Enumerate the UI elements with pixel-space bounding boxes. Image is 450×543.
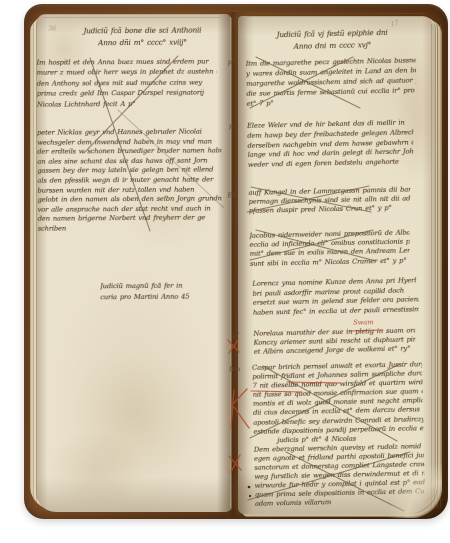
manuscript-photo: 36 Judiciũ fcã bone die sci AnthoniiAn… [0, 0, 450, 543]
right-entry-6: Norelaus marothir der sue in pletig in s… [253, 326, 416, 357]
right-entry-2: Eleze Weler vnd de hir bekant das di mel… [247, 118, 414, 170]
manuscript-text-line: prima credz geld Itm Caspar Durspel resi… [37, 88, 217, 100]
manuscript-text-line: Judiciũ fcã bone die sci Anthonii [78, 24, 206, 36]
left-entry-2: peter Nicklas geyr vnd Hannes gebruder N… [37, 127, 222, 234]
left-page-footnote: Judiciũ magnũ fcã fer incuria pro Mar… [100, 280, 208, 302]
margin-mark-7: Itm [229, 366, 240, 373]
margin-mark-3: Eb [227, 192, 236, 199]
left-page-text-area: 36 Judiciũ fcã bone die sci AnthoniiAn… [34, 13, 231, 512]
manuscript-text-line: den namen brigerne Norbert vnd freyherr … [38, 214, 222, 225]
manuscript-text-line: et Albirn anczeigend Jorge de wolkemi et… [254, 345, 416, 358]
right-entry-1: Itm die margarethe pecz geslechtn Nicola… [246, 55, 417, 109]
margin-mark-6: p° [232, 332, 239, 339]
right-entry-4: Jacobus nidernweider nomi prepositorũ d… [249, 228, 410, 268]
left-page-heading: Judiciũ fcã bone die sci AnthoniiAnno … [78, 24, 206, 48]
right-entry-3: auff Kungel in der Lammergassn pamnis di… [248, 185, 411, 215]
manuscript-text-line: Nicolas Lichtnhard fecit A p° [37, 98, 217, 110]
left-entry-1: Im hospitl et den Anna buez mues sind er… [37, 56, 217, 109]
manuscript-text-line: schriben [38, 223, 222, 234]
manuscript-text-line: curia pro Martini Anno 45 [100, 291, 208, 302]
manuscript-text-line: Judiciũ magnũ fcã fer in [100, 280, 208, 291]
manuscript-text-line: weder vnd di egen foren bedstelu angehor… [248, 158, 414, 171]
right-page-heading: Judiciũ fcã vj festũ epiphie dniAnno … [267, 27, 397, 53]
left-folio-number: 36 [48, 26, 56, 33]
right-page-text-area: 17 Judiciũ fcã vj festũ epiphie dniAn… [233, 14, 439, 516]
right-entry-8: Dem eberzgnal werschin quevisy et rudolz… [254, 442, 425, 509]
interlinear-rubric-word: Swam [353, 318, 374, 326]
margin-mark-1: p° [228, 59, 235, 66]
margin-mark-2: p° [229, 123, 236, 130]
manuscript-text-line: et° 7 p° [247, 95, 417, 109]
right-entry-7: Caspar bririch pernsel anwalt et exorta … [252, 360, 424, 445]
right-entry-5: Lorencz yma nomine Kunze dem Anna pri Hy… [252, 276, 419, 318]
manuscript-text-line: Anno dñi m° cccc° xviij° [78, 36, 206, 48]
